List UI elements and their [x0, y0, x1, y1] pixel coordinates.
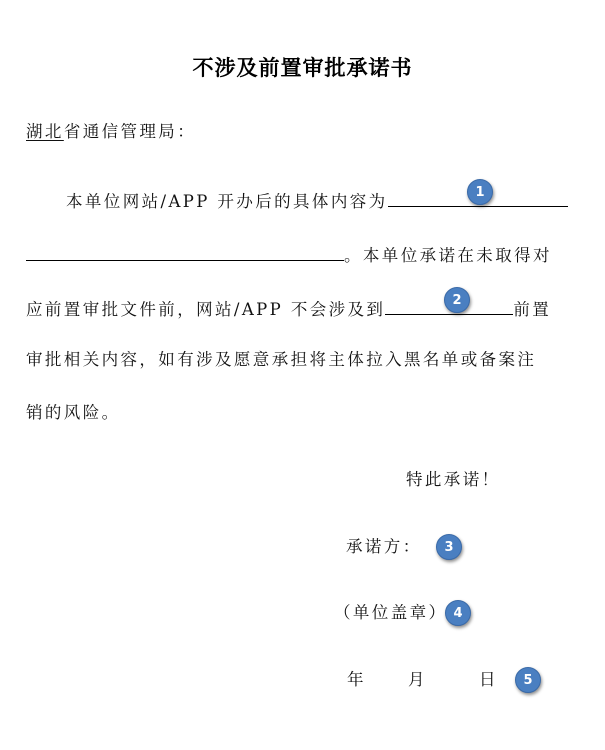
signer-label: 承诺方：: [346, 536, 422, 558]
addressee-province: 湖北: [26, 122, 64, 141]
date-day-label: 日: [479, 669, 498, 691]
marker-5-badge[interactable]: 5: [515, 667, 541, 693]
content-blank-field-continued[interactable]: [26, 242, 344, 261]
paragraph-line-4: 审批相关内容，如有涉及愿意承担将主体拉入黑名单或备案注: [26, 349, 536, 371]
date-year-label: 年: [347, 669, 366, 691]
paragraph-line-2: 。本单位承诺在未取得对: [26, 242, 552, 267]
paragraph-text: 前置: [513, 300, 551, 319]
marker-3-badge[interactable]: 3: [436, 534, 462, 560]
paragraph-line-3: 应前置审批文件前，网站/APP 不会涉及到前置: [26, 296, 551, 321]
marker-2-badge[interactable]: 2: [444, 287, 470, 313]
paragraph-line-5: 销的风险。: [26, 402, 121, 424]
addressee: 湖北省通信管理局：: [26, 121, 196, 143]
date-month-label: 月: [408, 669, 427, 691]
addressee-rest: 省通信管理局：: [64, 122, 196, 141]
paragraph-text: 应前置审批文件前，网站/APP 不会涉及到: [26, 300, 385, 319]
closing-statement: 特此承诺！: [406, 469, 501, 491]
paragraph-text: 。本单位承诺在未取得对: [344, 246, 552, 265]
document-title: 不涉及前置审批承诺书: [0, 52, 605, 82]
seal-label: （单位盖章）: [334, 602, 447, 624]
marker-4-badge[interactable]: 4: [445, 600, 471, 626]
paragraph-text: 本单位网站/APP 开办后的具体内容为: [66, 192, 388, 211]
marker-1-badge[interactable]: 1: [467, 179, 493, 205]
